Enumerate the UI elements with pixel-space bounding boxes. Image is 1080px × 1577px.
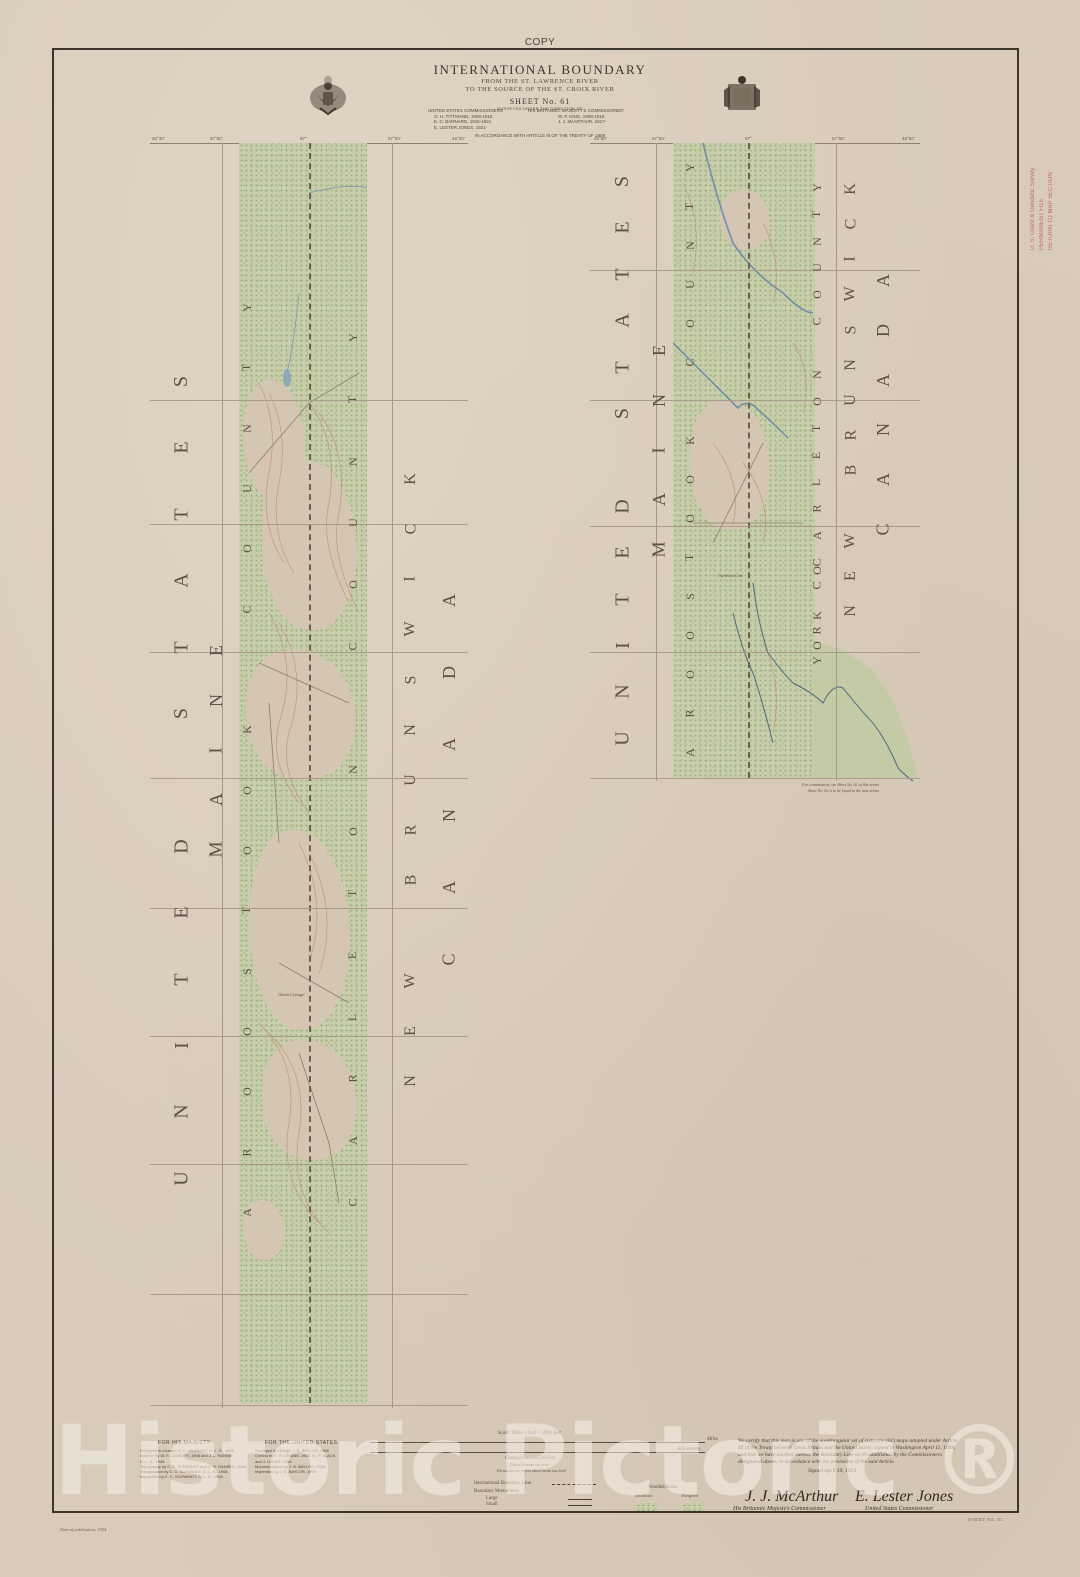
continuation-note-2: Sheet No. 62 is to be found in the next … <box>808 788 879 793</box>
tick-label: 67°50' <box>832 136 845 141</box>
united-states-credits: Surveyed in Charge: J. B. BAYLOR, 1908 C… <box>255 1448 335 1474</box>
tick-label: 67°50' <box>388 136 401 141</box>
aroostook-county-label: AROOSTOOK COUNTY <box>683 160 697 760</box>
for-his-majesty-heading: FOR HIS MAJESTY <box>158 1440 210 1446</box>
boundary-line-symbol <box>552 1484 596 1485</box>
map-subtitle-1: FROM THE ST. LAWRENCE RIVER <box>400 78 680 86</box>
his-majesty-credits: Surveyed in Charge: G. C. McGRATH, D. L.… <box>140 1448 246 1480</box>
publication-date: Date of publication, 1924 <box>60 1527 106 1532</box>
contour-interval: Contour Interval 20 Feet <box>505 1456 555 1461</box>
parallel-line <box>150 1164 468 1165</box>
treaty-line: IN ACCORDANCE WITH ARTICLE III OF THE TR… <box>440 133 640 138</box>
international-boundary-line <box>309 143 311 1403</box>
datum-note: Datum is mean sea level <box>510 1462 549 1467</box>
sheet-number: SHEET No. 61 <box>400 97 680 106</box>
scale-title: Scale: Miles 1 inch = 2000 feet <box>498 1431 561 1436</box>
meridian-line <box>392 143 393 1408</box>
carleton-county-label: CARLETON COUNTY <box>346 330 360 1210</box>
continuation-note-1: For continuation, see Sheet No. 62 of th… <box>802 782 879 787</box>
maine-label: MAINE <box>650 340 668 560</box>
york-county-label: YORK CO <box>810 578 824 668</box>
parallel-line <box>150 1036 468 1037</box>
international-boundary-line <box>748 143 750 778</box>
tick-label: 67°50' <box>652 136 665 141</box>
new-brunswick-label: NEW BRUNSWICK <box>402 470 420 1090</box>
parallel-line <box>150 1294 468 1295</box>
parallel-line <box>590 400 920 401</box>
parallel-line <box>150 400 468 401</box>
place-label: Glenn Cottage <box>278 992 304 997</box>
tick-label: 67° <box>745 136 752 141</box>
scale-bar-miles <box>370 1442 705 1443</box>
united-states-label: UNITED STATES <box>172 370 192 1190</box>
commissioner-title-us: United States Commissioner <box>865 1506 933 1512</box>
legend-evergreen: Evergreen <box>682 1493 698 1498</box>
tick-label: 46°30' <box>152 136 165 141</box>
legend-monument-small: Small <box>486 1502 498 1507</box>
tick-label: 46°50' <box>594 136 607 141</box>
legend-monument-large: Large <box>486 1496 498 1501</box>
maine-label: MAINE <box>206 640 226 860</box>
meridian-line <box>836 143 837 781</box>
monument-large-symbol <box>568 1499 592 1500</box>
canada-coat-of-arms-icon <box>720 72 764 116</box>
parallel-line <box>150 1405 468 1406</box>
tick-label: 46°50' <box>902 136 915 141</box>
tick-label: 67°50' <box>210 136 223 141</box>
evergreen-swatch <box>682 1503 704 1511</box>
commissioner-title-uk: His Britannic Majesty's Commissioner <box>733 1506 826 1512</box>
scale-bar-kilometers <box>370 1452 705 1453</box>
for-united-states-heading: FOR THE UNITED STATES <box>265 1440 337 1446</box>
map-title: INTERNATIONAL BOUNDARY <box>400 62 680 78</box>
canada-label: CANADA <box>440 590 458 970</box>
parallel-line <box>590 778 920 779</box>
parallel-line <box>590 652 920 653</box>
tick-label: 46°30' <box>452 136 465 141</box>
united-states-label: UNITED STATES <box>612 170 634 750</box>
monument-small-symbol <box>568 1505 592 1506</box>
sheet-number-footer: SHEET No. 61 <box>968 1517 1003 1522</box>
signature-jones: E. Lester Jones <box>855 1488 953 1506</box>
map-subtitle-2: TO THE SOURCE OF THE ST. CROIX RIVER <box>400 86 680 94</box>
aroostook-county-label: AROOSTOOK COUNTY <box>240 300 254 1220</box>
legend-boundary-monuments: Boundary Monuments <box>474 1489 519 1494</box>
copy-label: COPY <box>500 37 580 48</box>
parallel-line <box>150 908 468 909</box>
map-title-block: INTERNATIONAL BOUNDARY FROM THE ST. LAWR… <box>400 62 680 111</box>
county-line-label: Carleton Line <box>718 573 743 578</box>
elevation-note: Elevations are in feet above mean sea le… <box>497 1468 566 1473</box>
carleton-county-label: CARLETON COUNTY <box>810 180 824 570</box>
legend-wooded-areas: Wooded Areas <box>648 1485 677 1490</box>
scale-miles-label: Miles <box>707 1437 718 1442</box>
coast-survey-stamp: U. S. Coast & Geodetic Survey PERMANENT … <box>1030 150 1066 250</box>
canada-label: CANADA <box>874 270 892 540</box>
legend-deciduous: Deciduous <box>635 1493 652 1498</box>
legend-international-boundary-line: International Boundary Line <box>474 1481 531 1486</box>
us-commissioners: UNITED STATES COMMISSIONERS O. H. TITTMA… <box>428 108 503 130</box>
scale-kilometers-label: Kilometers <box>678 1447 700 1452</box>
parallel-line <box>590 526 920 527</box>
deciduous-swatch <box>636 1503 658 1511</box>
us-great-seal-icon <box>306 74 350 118</box>
tick-label: 67° <box>300 136 307 141</box>
certification-text: We certify that this map is one of the q… <box>738 1438 963 1475</box>
new-brunswick-label: NEW BRUNSWICK <box>842 180 860 620</box>
uk-commissioners: HIS BRITANNIC MAJESTY'S COMMISSIONER W. … <box>528 108 624 125</box>
parallel-line <box>150 652 468 653</box>
parallel-line <box>150 778 468 779</box>
parallel-line <box>590 270 920 271</box>
signature-mcarthur: J. J. McArthur <box>745 1488 838 1506</box>
